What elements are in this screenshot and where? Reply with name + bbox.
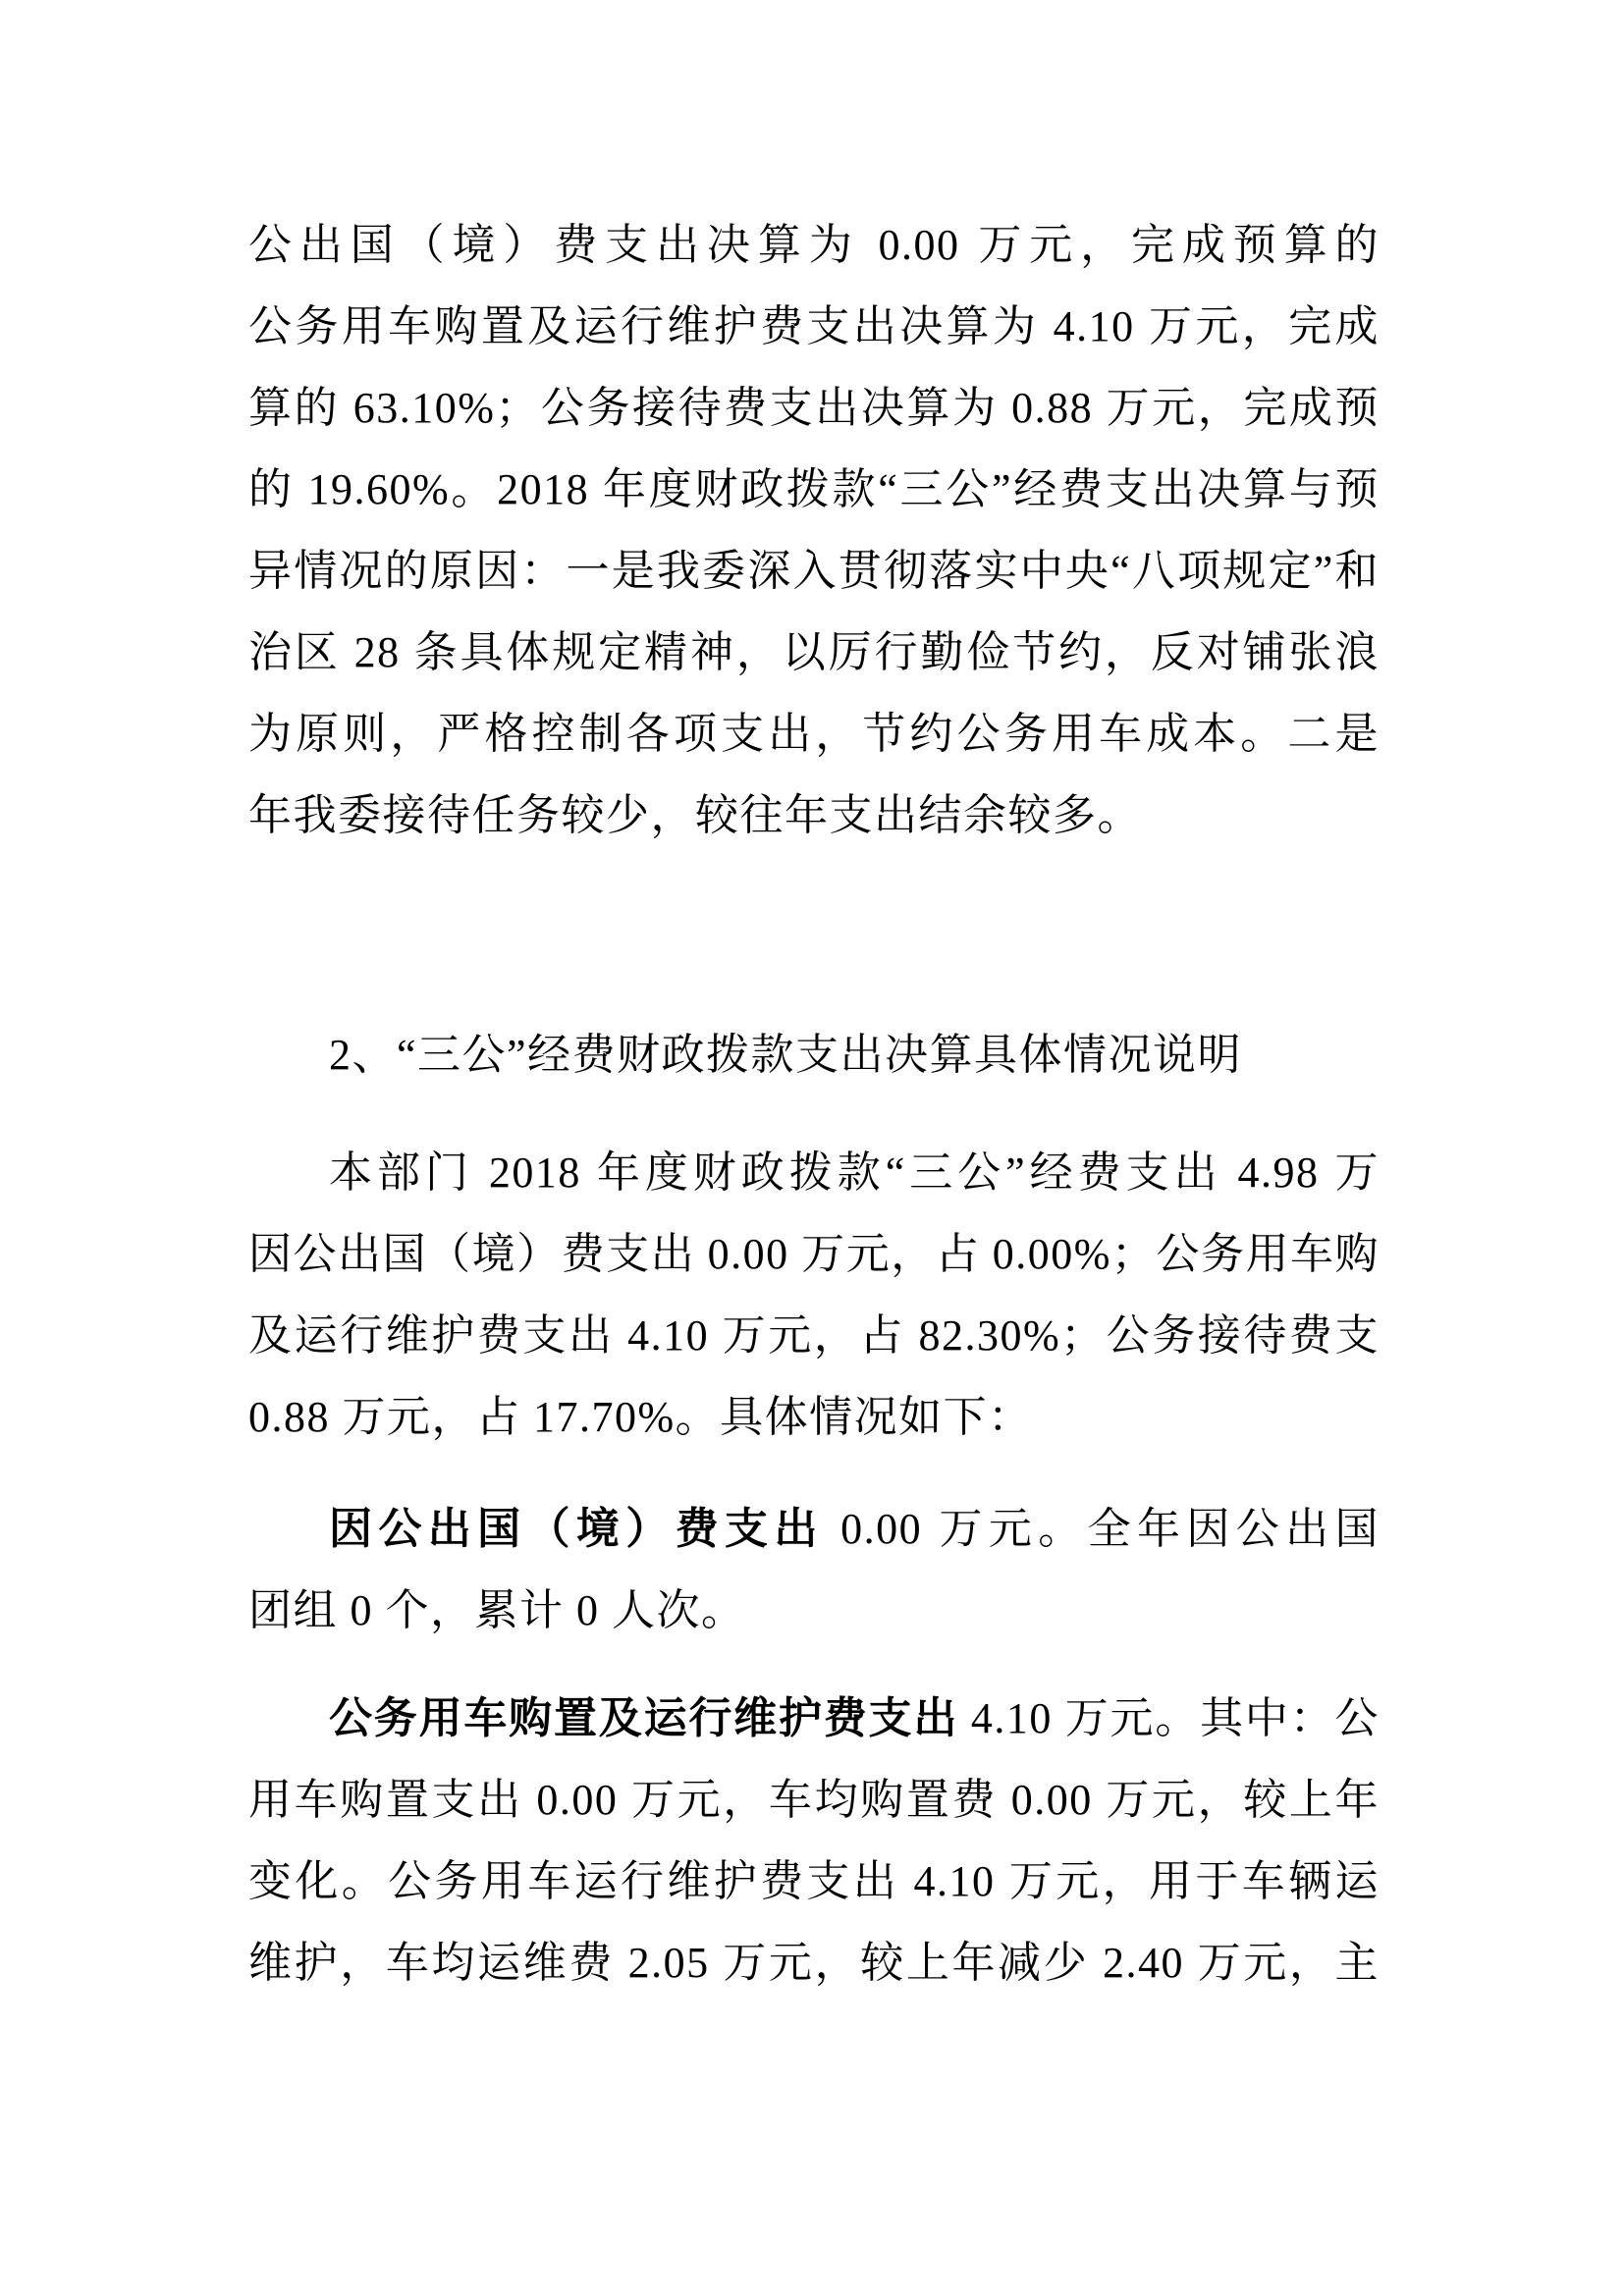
text-run: 异情况的原因：一是我委深入贯彻落实中央“八项规定”和自 — [248, 547, 1380, 612]
text-line: 年我委接待任务较少，较往年支出结余较多。 — [248, 774, 1380, 856]
text-run: 的 19.60%。2018 年度财政拨款“三公”经费支出决算与预算差 — [248, 465, 1380, 530]
document-page: 公出国（境）费支出决算为 0.00 万元，完成预算的 0.00%；公务用车购置及… — [0, 0, 1624, 2296]
vehicle-expense-paragraph: 公务用车购置及运行维护费支出 4.10 万元。其中：公务用车购置支出 0.00 … — [248, 1678, 1380, 2003]
text-line: 维护，车均运维费 2.05 万元，较上年减少 2.40 万元，主要 — [248, 1922, 1380, 2003]
text-run: 公务用车购置及运行维护费支出决算为 4.10 万元，完成预 — [248, 302, 1380, 367]
text-line: 公务用车购置及运行维护费支出 4.10 万元。其中：公务 — [248, 1678, 1380, 1759]
text-line: 公出国（境）费支出决算为 0.00 万元，完成预算的 0.00%； — [248, 204, 1380, 286]
text-run: 算的 63.10%；公务接待费支出决算为 0.88 万元，完成预算 — [248, 384, 1380, 449]
text-run: 及运行维护费支出 4.10 万元，占 82.30%；公务接待费支出 — [248, 1311, 1380, 1376]
text-line: 2、“三公”经费财政拨款支出决算具体情况说明 — [248, 1014, 1380, 1095]
text-line: 因公出国（境）费支出 0.00 万元。全年因公出国（境） — [248, 1488, 1380, 1570]
text-line: 本部门 2018 年度财政拨款“三公”经费支出 4.98 万元， — [248, 1132, 1380, 1213]
section-heading: 2、“三公”经费财政拨款支出决算具体情况说明 — [248, 1014, 1380, 1095]
document-body: 公出国（境）费支出决算为 0.00 万元，完成预算的 0.00%；公务用车购置及… — [248, 204, 1380, 2003]
text-run: 公出国（境）费支出决算为 0.00 万元，完成预算的 0.00%； — [248, 221, 1380, 286]
budget-variance-paragraph: 公出国（境）费支出决算为 0.00 万元，完成预算的 0.00%；公务用车购置及… — [248, 204, 1380, 856]
text-line: 变化。公务用车运行维护费支出 4.10 万元，用于车辆运营 — [248, 1841, 1380, 1922]
text-line: 及运行维护费支出 4.10 万元，占 82.30%；公务接待费支出 — [248, 1295, 1380, 1376]
text-line: 用车购置支出 0.00 万元，车均购置费 0.00 万元，较上年无 — [248, 1759, 1380, 1841]
text-line: 0.88 万元，占 17.70%。具体情况如下： — [248, 1376, 1380, 1458]
text-run: 维护，车均运维费 2.05 万元，较上年减少 2.40 万元，主要 — [248, 1939, 1380, 2003]
text-run: 变化。公务用车运行维护费支出 4.10 万元，用于车辆运营 — [248, 1857, 1380, 1922]
text-run: 0.88 万元，占 17.70%。具体情况如下： — [248, 1393, 1033, 1441]
bold-lead-in-text: 公务用车购置及运行维护费支出 — [329, 1694, 958, 1742]
text-run: 因公出国（境）费支出 0.00 万元，占 0.00%；公务用车购置 — [248, 1230, 1380, 1295]
text-line: 治区 28 条具体规定精神，以厉行勤俭节约，反对铺张浪费 — [248, 612, 1380, 693]
text-run: 用车购置支出 0.00 万元，车均购置费 0.00 万元，较上年无 — [248, 1776, 1380, 1841]
text-line: 算的 63.10%；公务接待费支出决算为 0.88 万元，完成预算 — [248, 367, 1380, 449]
text-run: 为原则，严格控制各项支出，节约公务用车成本。二是 2018 — [248, 710, 1380, 774]
text-run: 本部门 2018 年度财政拨款“三公”经费支出 4.98 万元， — [248, 1148, 1380, 1213]
text-line: 因公出国（境）费支出 0.00 万元，占 0.00%；公务用车购置 — [248, 1213, 1380, 1295]
text-line: 为原则，严格控制各项支出，节约公务用车成本。二是 2018 — [248, 693, 1380, 774]
sangong-detail-paragraph: 本部门 2018 年度财政拨款“三公”经费支出 4.98 万元，因公出国（境）费… — [248, 1132, 1380, 1458]
text-line: 的 19.60%。2018 年度财政拨款“三公”经费支出决算与预算差 — [248, 449, 1380, 530]
text-line: 公务用车购置及运行维护费支出决算为 4.10 万元，完成预 — [248, 286, 1380, 367]
text-line: 团组 0 个，累计 0 人次。 — [248, 1570, 1380, 1651]
bold-lead-in-text: 因公出国（境）费支出 — [329, 1505, 824, 1553]
text-run: 2、“三公”经费财政拨款支出决算具体情况说明 — [329, 1031, 1242, 1079]
text-run: 治区 28 条具体规定精神，以厉行勤俭节约，反对铺张浪费 — [248, 628, 1380, 693]
text-run: 年我委接待任务较少，较往年支出结余较多。 — [248, 791, 1142, 839]
text-run: 团组 0 个，累计 0 人次。 — [248, 1586, 746, 1634]
abroad-expense-paragraph: 因公出国（境）费支出 0.00 万元。全年因公出国（境）团组 0 个，累计 0 … — [248, 1488, 1380, 1651]
text-line: 异情况的原因：一是我委深入贯彻落实中央“八项规定”和自 — [248, 530, 1380, 612]
